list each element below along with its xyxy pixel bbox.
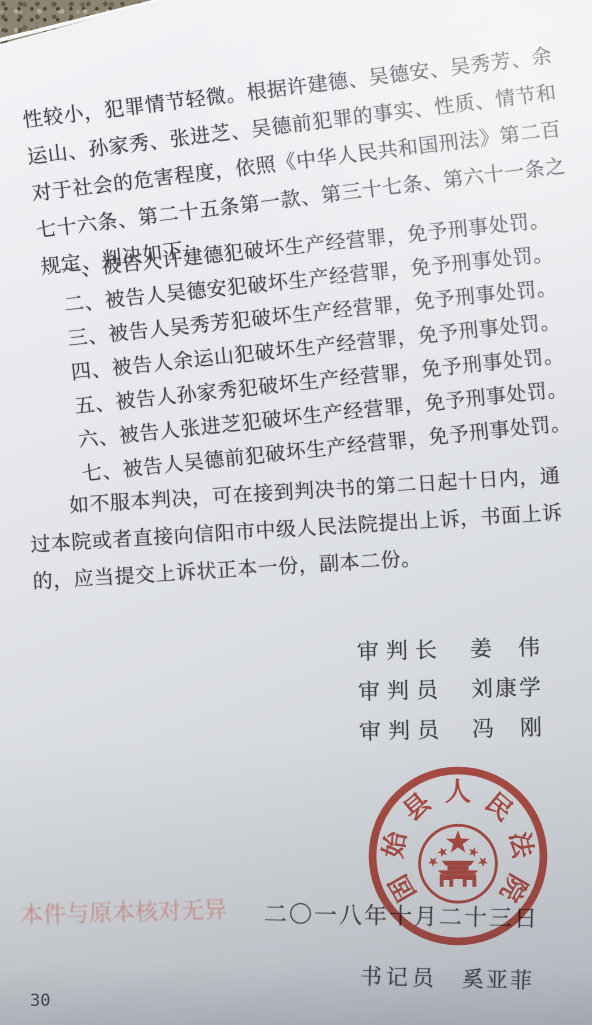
seal-character: 始 xyxy=(378,828,413,860)
judge-role: 审判员 xyxy=(358,670,446,712)
clerk-signature: 书记员 奚亚菲 xyxy=(360,960,535,996)
seal-character: 法 xyxy=(503,830,537,862)
signature-row: 审判员 冯 刚 xyxy=(359,708,545,753)
page-number: 30 xyxy=(30,991,50,1011)
signature-row: 审判员 刘康学 xyxy=(358,668,544,713)
judicial-panel-signatures: 审判长 姜 伟 审判员 刘康学 审判员 冯 刚 xyxy=(356,628,544,753)
judge-role: 审判员 xyxy=(359,710,447,752)
judge-name: 姜 伟 xyxy=(469,628,542,670)
court-seal: 固始县人民法院 xyxy=(362,760,554,952)
clerk-name: 奚亚菲 xyxy=(462,962,535,995)
signature-row: 审判长 姜 伟 xyxy=(356,628,542,673)
clerk-role: 书记员 xyxy=(360,960,439,993)
judge-name: 冯 刚 xyxy=(472,708,545,750)
judge-name: 刘康学 xyxy=(470,668,543,710)
judge-role: 审判长 xyxy=(356,630,444,672)
national-emblem-icon xyxy=(420,825,497,902)
seal-character: 人 xyxy=(445,778,471,808)
document-photo: 性较小，犯罪情节轻微。根据许建德、吴德安、吴秀芳、余 运山、孙家秀、张进芝、吴德… xyxy=(0,0,592,1025)
floor-background xyxy=(0,0,175,50)
verification-stamp: 本件与原本核对无异 xyxy=(20,891,228,929)
